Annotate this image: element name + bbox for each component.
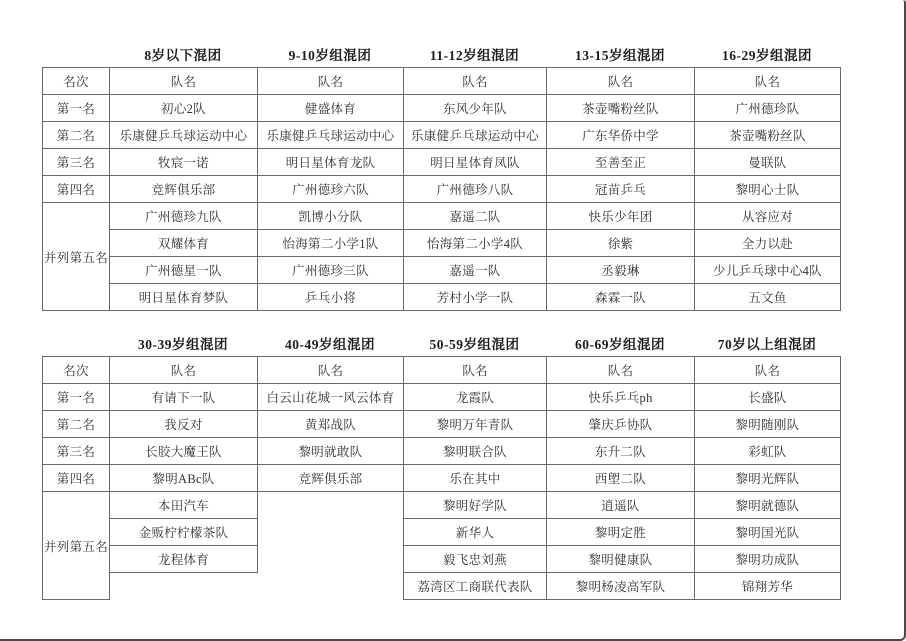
team-cell: 广州德珍六队 — [258, 176, 404, 203]
team-cell: 东风少年队 — [404, 95, 547, 122]
team-cell: 龙霞队 — [404, 384, 547, 411]
team-cell: 有请下一队 — [110, 384, 258, 411]
team-cell: 冠苗乒乓 — [547, 176, 695, 203]
team-cell: 徐紫 — [547, 230, 695, 257]
team-cell: 五文鱼 — [695, 284, 841, 311]
team-cell: 荔湾区工商联代表队 — [404, 573, 547, 600]
rank-cell: 第四名 — [43, 176, 110, 203]
team-cell: 曼联队 — [695, 149, 841, 176]
team-cell: 黄郑战队 — [258, 411, 404, 438]
team-cell: 茶壶嘴粉丝队 — [695, 122, 841, 149]
header-row: 名次队名队名队名队名队名 — [43, 357, 841, 384]
empty-cell — [258, 519, 404, 546]
team-cell: 乒乓小将 — [258, 284, 404, 311]
group-title: 30-39岁组混团 — [109, 333, 257, 353]
age-group-table-block-1: 8岁以下混团9-10岁组混团11-12岁组混团13-15岁组混团16-29岁组混… — [42, 44, 842, 311]
team-cell: 芳村小学一队 — [404, 284, 547, 311]
team-cell: 黎明杨凌高军队 — [547, 573, 695, 600]
team-cell: 健盛体育 — [258, 95, 404, 122]
ranked-row: 第三名牧宸一诺明日星体育龙队明日星体育凤队至善至正曼联队 — [43, 149, 841, 176]
tie-row: 荔湾区工商联代表队黎明杨凌高军队锦翔芳华 — [43, 573, 841, 600]
team-cell: 黎明国光队 — [695, 519, 841, 546]
rank-cell: 第一名 — [43, 95, 110, 122]
team-cell: 森霖一队 — [547, 284, 695, 311]
team-cell: 我反对 — [110, 411, 258, 438]
team-cell: 丞毅琳 — [547, 257, 695, 284]
team-cell: 白云山花城一风云体育 — [258, 384, 404, 411]
team-header-cell: 队名 — [695, 357, 841, 384]
team-header-cell: 队名 — [695, 68, 841, 95]
team-cell: 乐康健乒乓球运动中心 — [404, 122, 547, 149]
team-cell: 全力以赴 — [695, 230, 841, 257]
team-cell: 广州德星一队 — [110, 257, 258, 284]
tie-rank-cell: 并列第五名 — [43, 203, 110, 311]
rank-header-cell: 名次 — [43, 357, 110, 384]
team-cell: 竞辉俱乐部 — [110, 176, 258, 203]
team-cell: 肇庆乒协队 — [547, 411, 695, 438]
team-header-cell: 队名 — [110, 357, 258, 384]
results-sheet: 8岁以下混团9-10岁组混团11-12岁组混团13-15岁组混团16-29岁组混… — [0, 0, 906, 641]
team-cell: 初心2队 — [110, 95, 258, 122]
team-cell: 彩虹队 — [695, 438, 841, 465]
team-cell: 乐康健乒乓球运动中心 — [258, 122, 404, 149]
team-cell: 黎明健康队 — [547, 546, 695, 573]
empty-cell — [258, 546, 404, 573]
group-title: 16-29岁组混团 — [694, 44, 840, 64]
group-title: 60-69岁组混团 — [546, 333, 694, 353]
team-cell: 嘉遥二队 — [404, 203, 547, 230]
team-cell: 黎明光辉队 — [695, 465, 841, 492]
group-title: 50-59岁组混团 — [403, 333, 546, 353]
team-cell: 广州德珍三队 — [258, 257, 404, 284]
team-cell: 长胶大魔王队 — [110, 438, 258, 465]
group-title: 8岁以下混团 — [109, 44, 257, 64]
team-cell: 明日星体育梦队 — [110, 284, 258, 311]
team-header-cell: 队名 — [404, 357, 547, 384]
team-cell: 广州德珍八队 — [404, 176, 547, 203]
team-cell: 少儿乒乓球中心4队 — [695, 257, 841, 284]
team-cell: 逍遥队 — [547, 492, 695, 519]
ranked-row: 第四名竞辉俱乐部广州德珍六队广州德珍八队冠苗乒乓黎明心士队 — [43, 176, 841, 203]
team-cell: 黎明就德队 — [695, 492, 841, 519]
sheet-content: 8岁以下混团9-10岁组混团11-12岁组混团13-15岁组混团16-29岁组混… — [42, 44, 842, 600]
empty-cell — [258, 492, 404, 519]
tie-row: 并列第五名广州德珍九队凯博小分队嘉遥二队快乐少年团从容应对 — [43, 203, 841, 230]
ranked-row: 第四名黎明ABc队竞辉俱乐部乐在其中西塱二队黎明光辉队 — [43, 465, 841, 492]
team-cell: 长盛队 — [695, 384, 841, 411]
tie-row: 并列第五名本田汽车黎明好学队逍遥队黎明就德队 — [43, 492, 841, 519]
team-cell: 至善至正 — [547, 149, 695, 176]
header-row: 名次队名队名队名队名队名 — [43, 68, 841, 95]
tie-row: 龙程体育毅飞忠刘燕黎明健康队黎明功成队 — [43, 546, 841, 573]
team-cell: 龙程体育 — [110, 546, 258, 573]
team-cell: 金贩柠柠檬茶队 — [110, 519, 258, 546]
group-titles-row-2: 30-39岁组混团40-49岁组混团50-59岁组混团60-69岁组混团70岁以… — [42, 333, 842, 353]
team-cell: 黎明万年青队 — [404, 411, 547, 438]
team-cell: 黎明功成队 — [695, 546, 841, 573]
group-title: 70岁以上组混团 — [694, 333, 840, 353]
team-cell: 西塱二队 — [547, 465, 695, 492]
team-cell: 牧宸一诺 — [110, 149, 258, 176]
group-titles-row-1: 8岁以下混团9-10岁组混团11-12岁组混团13-15岁组混团16-29岁组混… — [42, 44, 842, 64]
group-title: 13-15岁组混团 — [546, 44, 694, 64]
ranked-row: 第三名长胶大魔王队黎明就敢队黎明联合队东升二队彩虹队 — [43, 438, 841, 465]
team-cell: 本田汽车 — [110, 492, 258, 519]
team-cell: 黎明定胜 — [547, 519, 695, 546]
team-cell: 新华人 — [404, 519, 547, 546]
team-cell: 黎明随刚队 — [695, 411, 841, 438]
ranked-row: 第一名有请下一队白云山花城一风云体育龙霞队快乐乒乓ph长盛队 — [43, 384, 841, 411]
team-cell: 广州德珍九队 — [110, 203, 258, 230]
results-table-2: 名次队名队名队名队名队名第一名有请下一队白云山花城一风云体育龙霞队快乐乒乓ph长… — [42, 356, 841, 600]
rank-cell: 第三名 — [43, 438, 110, 465]
team-cell: 明日星体育龙队 — [258, 149, 404, 176]
rank-header-cell: 名次 — [43, 68, 110, 95]
team-cell: 锦翔芳华 — [695, 573, 841, 600]
team-cell: 双耀体育 — [110, 230, 258, 257]
rank-cell: 第二名 — [43, 411, 110, 438]
team-cell: 黎明ABc队 — [110, 465, 258, 492]
team-cell: 广州德珍队 — [695, 95, 841, 122]
team-cell: 快乐乒乓ph — [547, 384, 695, 411]
team-cell: 乐康健乒乓球运动中心 — [110, 122, 258, 149]
tie-row: 双耀体育怡海第二小学1队怡海第二小学4队徐紫全力以赴 — [43, 230, 841, 257]
team-header-cell: 队名 — [547, 68, 695, 95]
team-cell: 凯博小分队 — [258, 203, 404, 230]
team-cell: 东升二队 — [547, 438, 695, 465]
team-cell: 广东华侨中学 — [547, 122, 695, 149]
tie-rank-cell: 并列第五名 — [43, 492, 110, 600]
team-header-cell: 队名 — [547, 357, 695, 384]
group-title: 40-49岁组混团 — [257, 333, 403, 353]
team-cell: 明日星体育凤队 — [404, 149, 547, 176]
tie-row: 金贩柠柠檬茶队新华人黎明定胜黎明国光队 — [43, 519, 841, 546]
team-header-cell: 队名 — [258, 68, 404, 95]
group-title: 9-10岁组混团 — [257, 44, 403, 64]
team-cell: 茶壶嘴粉丝队 — [547, 95, 695, 122]
results-table-1: 名次队名队名队名队名队名第一名初心2队健盛体育东风少年队茶壶嘴粉丝队广州德珍队第… — [42, 67, 841, 311]
team-cell: 嘉遥一队 — [404, 257, 547, 284]
team-header-cell: 队名 — [258, 357, 404, 384]
rank-cell: 第一名 — [43, 384, 110, 411]
team-cell: 黎明就敢队 — [258, 438, 404, 465]
ranked-row: 第一名初心2队健盛体育东风少年队茶壶嘴粉丝队广州德珍队 — [43, 95, 841, 122]
tie-row: 广州德星一队广州德珍三队嘉遥一队丞毅琳少儿乒乓球中心4队 — [43, 257, 841, 284]
empty-cell — [110, 573, 258, 600]
team-cell: 从容应对 — [695, 203, 841, 230]
rank-cell: 第四名 — [43, 465, 110, 492]
team-cell: 竞辉俱乐部 — [258, 465, 404, 492]
team-cell: 怡海第二小学1队 — [258, 230, 404, 257]
team-cell: 快乐少年团 — [547, 203, 695, 230]
team-cell: 黎明好学队 — [404, 492, 547, 519]
ranked-row: 第二名乐康健乒乓球运动中心乐康健乒乓球运动中心乐康健乒乓球运动中心广东华侨中学茶… — [43, 122, 841, 149]
team-cell: 黎明联合队 — [404, 438, 547, 465]
team-header-cell: 队名 — [404, 68, 547, 95]
team-cell: 毅飞忠刘燕 — [404, 546, 547, 573]
team-header-cell: 队名 — [110, 68, 258, 95]
group-title: 11-12岁组混团 — [403, 44, 546, 64]
rank-cell: 第三名 — [43, 149, 110, 176]
tie-row: 明日星体育梦队乒乓小将芳村小学一队森霖一队五文鱼 — [43, 284, 841, 311]
team-cell: 乐在其中 — [404, 465, 547, 492]
rank-cell: 第二名 — [43, 122, 110, 149]
age-group-table-block-2: 30-39岁组混团40-49岁组混团50-59岁组混团60-69岁组混团70岁以… — [42, 333, 842, 600]
empty-cell — [258, 573, 404, 600]
team-cell: 黎明心士队 — [695, 176, 841, 203]
team-cell: 怡海第二小学4队 — [404, 230, 547, 257]
ranked-row: 第二名我反对黄郑战队黎明万年青队肇庆乒协队黎明随刚队 — [43, 411, 841, 438]
